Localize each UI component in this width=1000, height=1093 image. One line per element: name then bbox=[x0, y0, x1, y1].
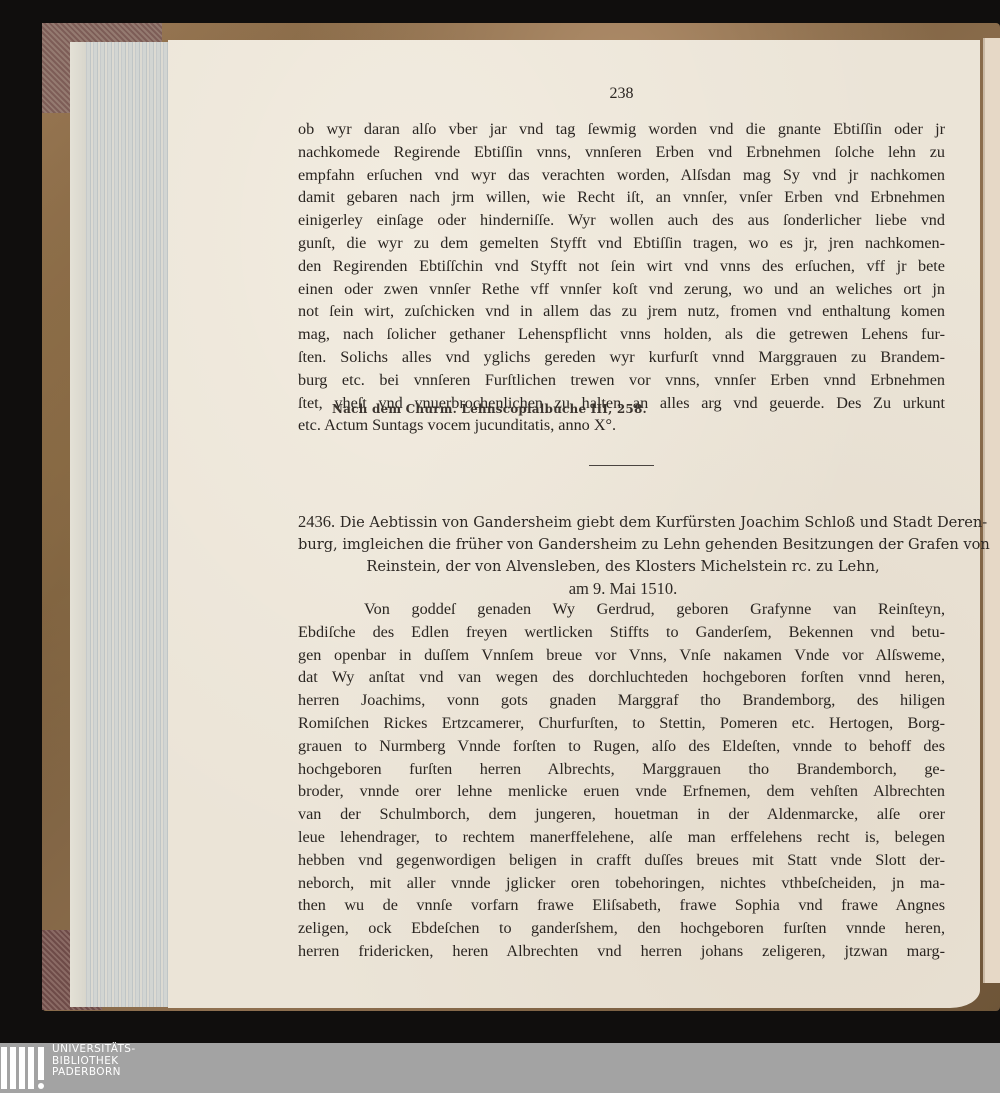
heading-text: Die Aebtissin von Gandersheim giebt dem … bbox=[340, 514, 987, 531]
text-line: den Regirenden Ebtiſſchin vnd Styfft not… bbox=[298, 255, 945, 278]
text-line: Ebdiſche des Edlen freyen wertlicken Sti… bbox=[298, 621, 945, 644]
heading-line: Reinstein, der von Alvensleben, des Klos… bbox=[298, 556, 948, 578]
text-line: hebben vnd gegenwordigen beligen in craf… bbox=[298, 849, 945, 872]
text-line: neborch, mit aller vnnde jglicker oren t… bbox=[298, 872, 945, 895]
text-line: ob wyr daran alſo vber jar vnd tag ſewmi… bbox=[298, 118, 945, 141]
text-line: van der Schulmborch, dem jungeren, houet… bbox=[298, 803, 945, 826]
text-line: mag, nach ſolicher gethaner Lehenspflich… bbox=[298, 323, 945, 346]
text-line: Romiſchen Rickes Ertzcamerer, Churfurſte… bbox=[298, 712, 945, 735]
document-date: am 9. Mai 1510. bbox=[298, 578, 948, 600]
text-line: gunſt, die wyr zu dem gemelten Styfft vn… bbox=[298, 232, 945, 255]
text-line: not ſein wirt, zuſchicken vnd in allem d… bbox=[298, 300, 945, 323]
library-logo-text: UNIVERSITÄTS- BIBLIOTHEK PADERBORN bbox=[52, 1044, 136, 1079]
heading-line: burg, imgleichen die früher von Gandersh… bbox=[298, 534, 948, 556]
text-line: leue lehendrager, to rechtem manerffeleh… bbox=[298, 826, 945, 849]
page-number: 238 bbox=[298, 85, 945, 103]
text-line: einen oder zwen vnnſer Rethe vff vnnſer … bbox=[298, 278, 945, 301]
text-line: dat Wy anſtat vnd van wegen des dorchluc… bbox=[298, 666, 945, 689]
library-footer bbox=[0, 1043, 1000, 1093]
text-line: damit gebaren nach jrm willen, wie Recht… bbox=[298, 186, 945, 209]
text-line: grauen to Nurmberg Vnnde forſten to Ruge… bbox=[298, 735, 945, 758]
source-citation: Nach dem Churm. Lehnscopialbuche III, 25… bbox=[332, 402, 647, 416]
text-line: broder, vnnde orer lehne menlicke eruen … bbox=[298, 780, 945, 803]
text-line: then wu de vnnſe vorfarn frawe Eliſsabet… bbox=[298, 894, 945, 917]
document-text-block: Von goddeſ genaden Wy Gerdrud, geboren G… bbox=[298, 598, 945, 963]
text-line: nachkomede Regirende Ebtiſſin vnns, vnnſ… bbox=[298, 141, 945, 164]
text-line: zeligen, ock Ebdeſchen to ganderſshem, d… bbox=[298, 917, 945, 940]
text-line: herren fridericken, heren Albrechten vnd… bbox=[298, 940, 945, 963]
page-stack-edge bbox=[70, 42, 170, 1007]
text-line: einigerley einſage oder hinderniſſe. Wyr… bbox=[298, 209, 945, 232]
text-line: burg etc. bei vnnſeren Furſtlichen trewe… bbox=[298, 369, 945, 392]
text-line: Von goddeſ genaden Wy Gerdrud, geboren G… bbox=[298, 598, 945, 621]
section-divider bbox=[589, 465, 654, 466]
document-heading: 2436. Die Aebtissin von Gandersheim gieb… bbox=[298, 511, 948, 600]
continued-text-block: ob wyr daran alſo vber jar vnd tag ſewmi… bbox=[298, 118, 945, 437]
text-line: herren Joachims, vonn gots gnaden Marggr… bbox=[298, 689, 945, 712]
heading-line: 2436. Die Aebtissin von Gandersheim gieb… bbox=[298, 511, 948, 534]
document-number: 2436. bbox=[298, 512, 335, 531]
logo-line: UNIVERSITÄTS- bbox=[52, 1044, 136, 1056]
text-line: etc. Actum Suntags vocem jucunditatis, a… bbox=[298, 414, 945, 437]
text-line: hochgeboren furſten herren Albrechts, Ma… bbox=[298, 758, 945, 781]
facing-page-edge bbox=[983, 38, 1000, 983]
logo-line: PADERBORN bbox=[52, 1067, 136, 1079]
text-line: ſten. Solichs alles vnd yglichs gereden … bbox=[298, 346, 945, 369]
text-line: gen openbar in duſſem Vnnſem breue vor V… bbox=[298, 644, 945, 667]
text-line: empfahn erſuchen vnd wyr das verachten w… bbox=[298, 164, 945, 187]
library-logo-icon bbox=[0, 1047, 48, 1091]
